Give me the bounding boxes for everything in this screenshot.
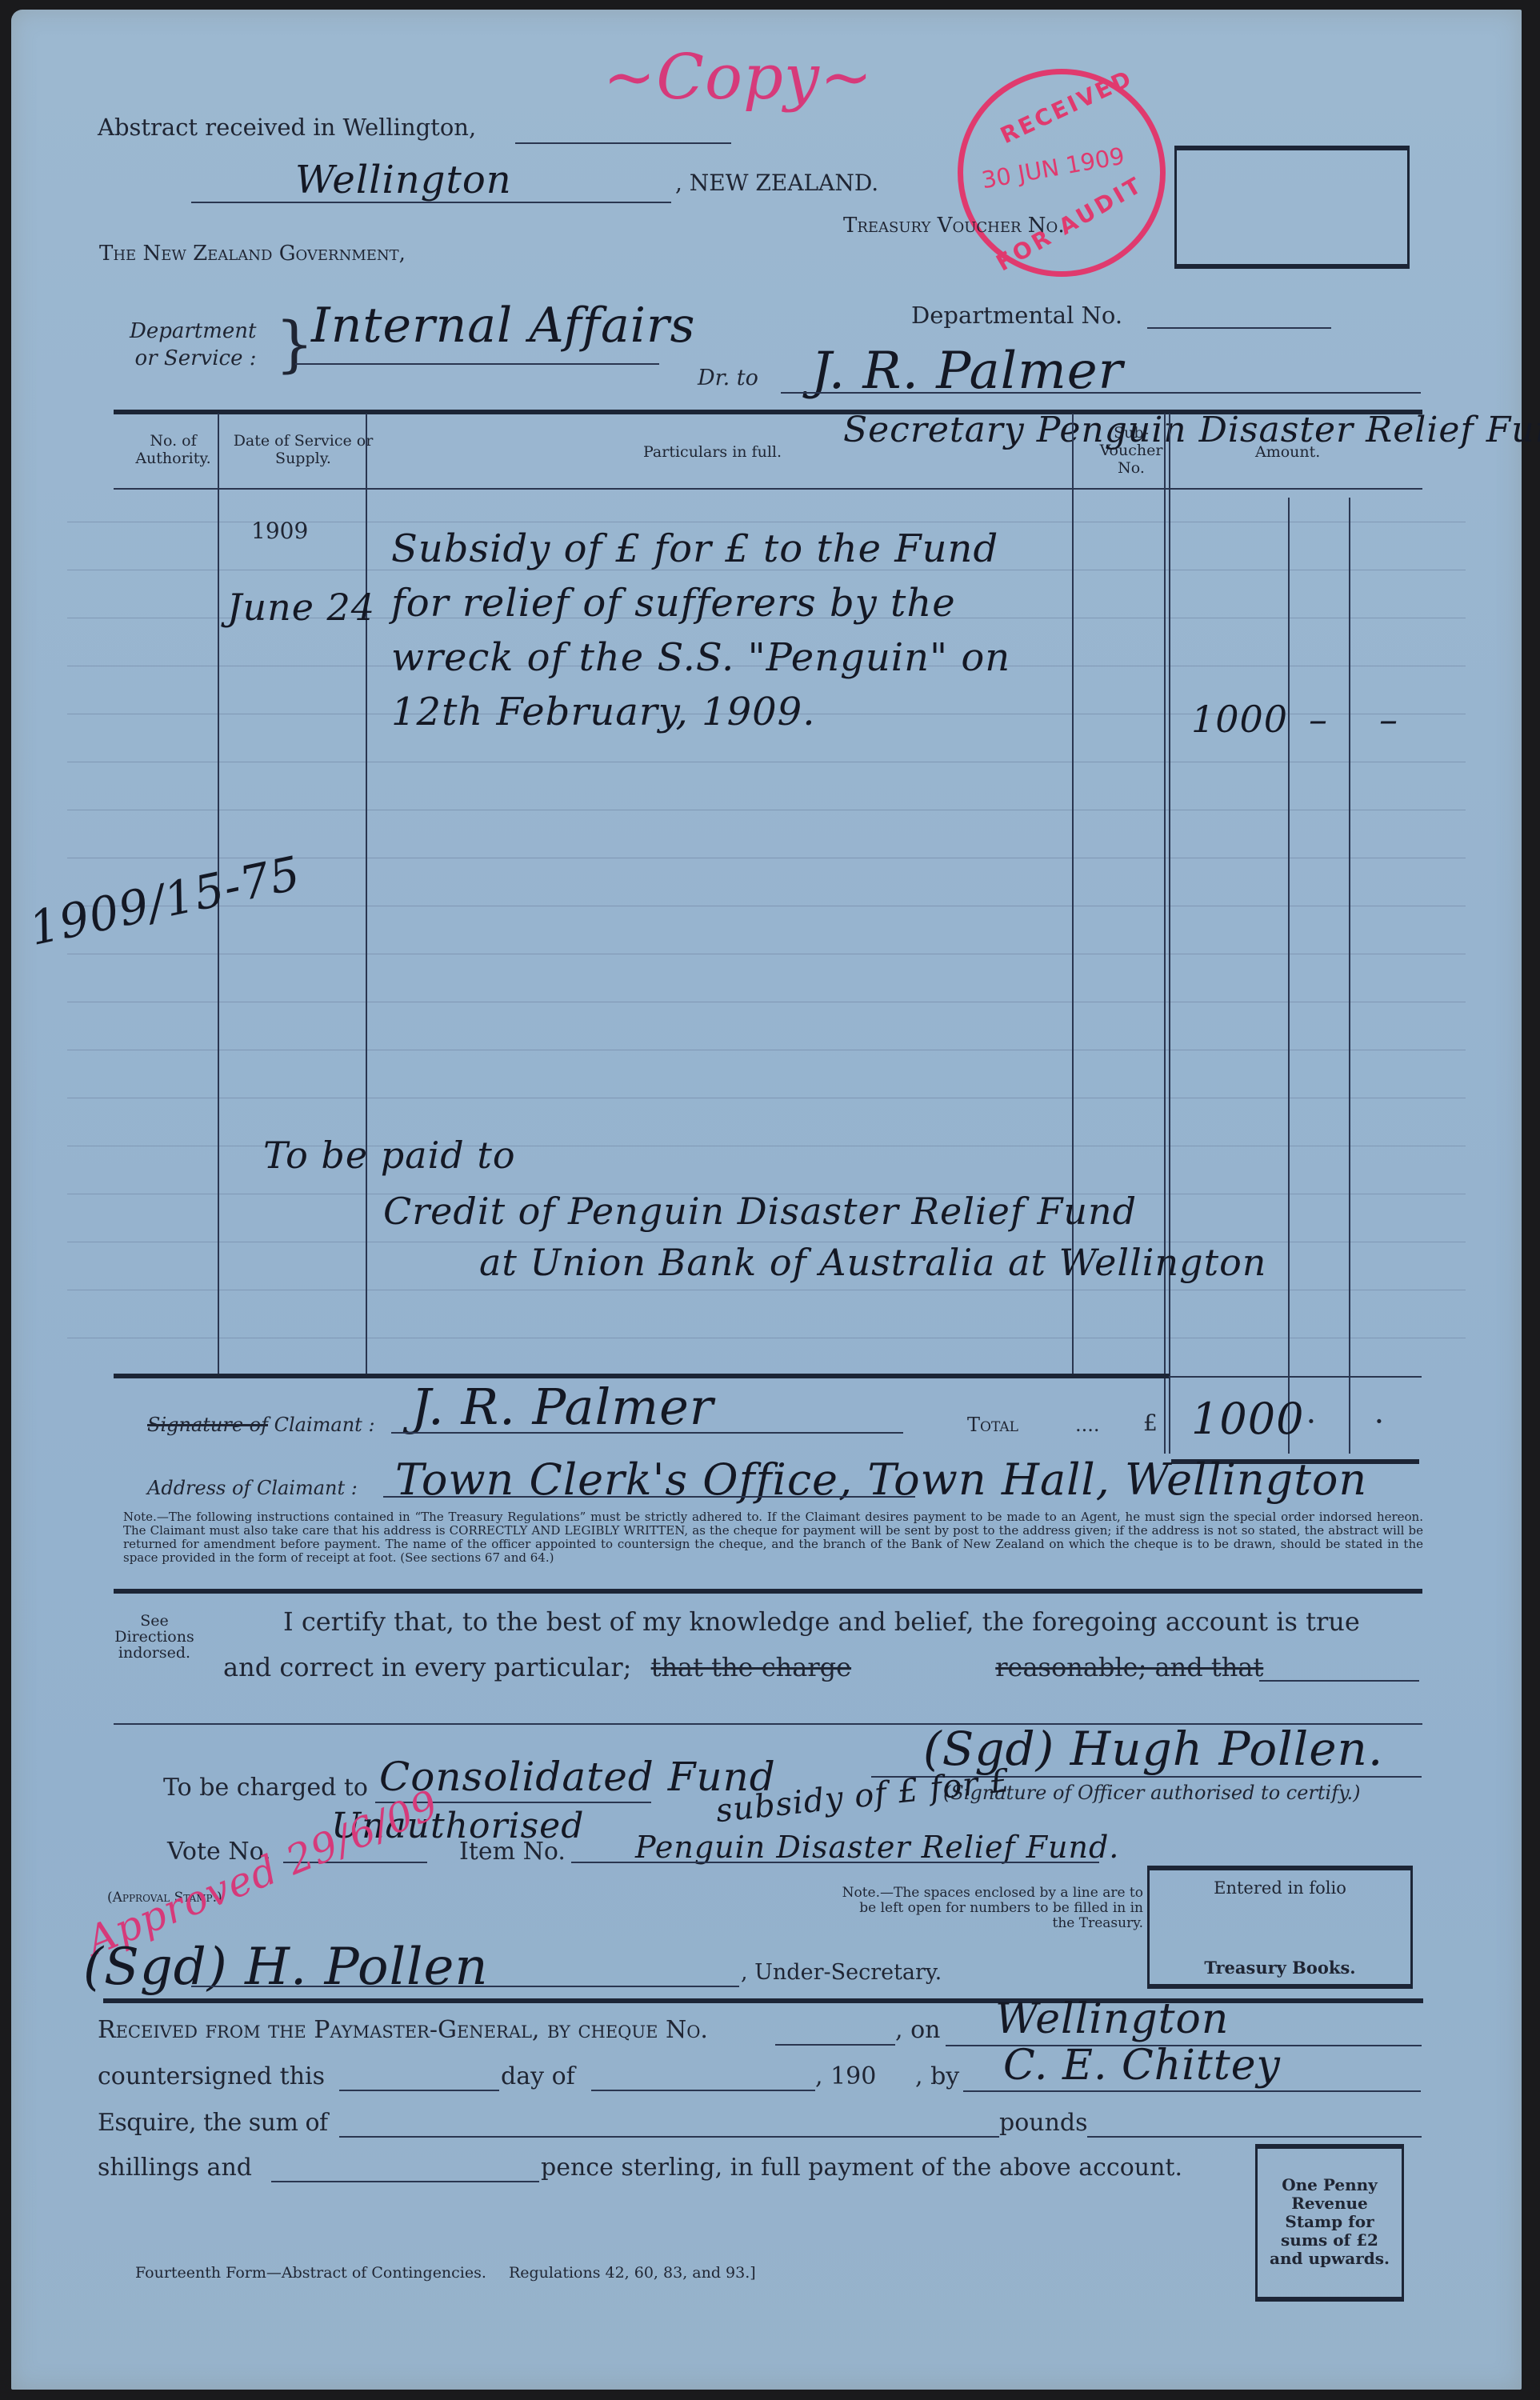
government-label: The New Zealand Government, — [99, 242, 406, 266]
particulars-line-2: for relief of sufferers by the — [391, 576, 1010, 630]
amount-shillings: – — [1309, 698, 1328, 741]
certify-line-2: and correct in every particular; that th… — [223, 1652, 1263, 1682]
day-of-label: day of — [501, 2062, 575, 2090]
sum-line[interactable] — [339, 2136, 999, 2138]
date-day: June 24 — [227, 586, 375, 629]
under-secretary-line — [191, 1986, 739, 1987]
month-line[interactable] — [591, 2090, 815, 2091]
place-line — [191, 202, 671, 203]
revenue-stamp-text: One Penny Revenue Stamp for sums of £2 a… — [1262, 2176, 1397, 2268]
received-label: Received from the Paymaster-General, by … — [98, 2016, 708, 2044]
claimant-signature-line — [391, 1432, 903, 1434]
address-line — [383, 1496, 915, 1498]
place-handwritten: Wellington — [295, 158, 512, 202]
treasury-voucher-box[interactable] — [1174, 146, 1410, 269]
charged-to-label: To be charged to — [163, 1774, 368, 1802]
folio-box[interactable]: Entered in folio Treasury Books. — [1147, 1866, 1413, 1989]
particulars-line-4: 12th February, 1909. — [391, 685, 1010, 739]
table-header-rule — [114, 488, 1422, 490]
pounds-line[interactable] — [1087, 2136, 1422, 2138]
payment-instruction: Credit of Penguin Disaster Relief Fund a… — [383, 1186, 1266, 1288]
see-directions-note: See Directions indorsed. — [110, 1613, 198, 1661]
payment-instruction-label: To be paid to — [263, 1134, 516, 1177]
particulars: Subsidy of £ for £ to the Fund for relie… — [391, 522, 1010, 739]
claimant-signature: J. R. Palmer — [411, 1378, 714, 1436]
department-value: Internal Affairs — [311, 298, 695, 354]
countersigned-label: countersigned this — [98, 2062, 325, 2090]
item-no-value: Penguin Disaster Relief Fund. — [635, 1830, 1119, 1865]
folio-box-bottom: Treasury Books. — [1150, 1958, 1410, 1978]
item-no-label: Item No. — [459, 1838, 566, 1866]
on-value: Wellington — [995, 1995, 1229, 2043]
on-label: , on — [895, 2016, 940, 2044]
col-divider-pence — [1349, 498, 1350, 1454]
revenue-stamp-box[interactable]: One Penny Revenue Stamp for sums of £2 a… — [1255, 2144, 1404, 2302]
departmental-no-line — [1147, 327, 1331, 329]
item-no-line — [571, 1862, 1099, 1863]
abstract-received-label: Abstract received in Wellington, — [98, 114, 476, 141]
amount-pounds: 1000 — [1191, 698, 1288, 741]
particulars-line-1: Subsidy of £ for £ to the Fund — [391, 522, 1010, 576]
cheque-no-line[interactable] — [775, 2044, 895, 2046]
note-bottom-rule — [114, 1589, 1422, 1594]
certify-line-2-prefix: and correct in every particular; — [223, 1652, 631, 1682]
stamp-date: 30 JUN 1909 — [979, 142, 1126, 194]
col-divider-4b — [1169, 414, 1170, 1454]
dr-to-label: Dr. to — [698, 366, 758, 390]
total-pounds: 1000 — [1191, 1394, 1304, 1444]
amount-pence: – — [1379, 698, 1398, 741]
folio-box-top: Entered in folio — [1150, 1878, 1410, 1898]
col-divider-4 — [1164, 414, 1166, 1454]
shillings-label: shillings and — [98, 2154, 252, 2182]
certify-line-1: I certify that, to the best of my knowle… — [283, 1606, 1360, 1637]
department-line — [295, 363, 659, 365]
treasury-voucher-label: Treasury Voucher No. — [843, 214, 1065, 238]
form-regulations: Regulations 42, 60, 83, and 93.] — [509, 2264, 756, 2282]
address-label: Address of Claimant : — [147, 1477, 358, 1499]
received-for-audit-stamp: RECEIVED 30 JUN 1909 FOR AUDIT — [958, 69, 1166, 277]
col-divider-shillings — [1288, 498, 1290, 1454]
currency-symbol: £ — [1143, 1410, 1158, 1436]
date-year: 1909 — [251, 518, 308, 544]
country-label: , NEW ZEALAND. — [675, 170, 878, 196]
certify-struck-a: that the charge — [651, 1652, 851, 1682]
certify-struck-b: reasonable; and that — [995, 1652, 1263, 1682]
by-label: , by — [915, 2062, 959, 2090]
payment-instruction-line-2: at Union Bank of Australia at Wellington — [383, 1237, 1266, 1288]
signature-label-struck: Signature of — [147, 1414, 268, 1436]
pounds-label: pounds — [999, 2109, 1088, 2137]
treasury-regulations-note: Note.—The following instructions contain… — [123, 1510, 1423, 1565]
received-label-text: Received from the Paymaster-General, by … — [98, 2016, 708, 2044]
abstract-received-line — [515, 142, 731, 144]
dr-to-line — [781, 392, 1421, 394]
by-value: C. E. Chittey — [1003, 2042, 1281, 2090]
department-label: Department or Service : — [130, 318, 257, 372]
certify-end-line — [1259, 1680, 1419, 1682]
col-divider-2 — [366, 414, 367, 1374]
amount-bottom-rule — [1169, 1376, 1422, 1378]
particulars-line-3: wreck of the S.S. "Penguin" on — [391, 630, 1010, 685]
voucher-form: Abstract received in Wellington, Welling… — [11, 10, 1522, 2390]
col-header-date: Date of Service or Supply. — [231, 432, 375, 467]
total-label: Total — [967, 1414, 1018, 1436]
spaces-note: Note.—The spaces enclosed by a line are … — [835, 1886, 1143, 1931]
col-header-authority: No. of Authority. — [119, 432, 227, 467]
claimant-label: Signature of Claimant : — [147, 1414, 375, 1436]
department-label-line1: Department — [130, 318, 257, 345]
pence-label: pence sterling, in full payment of the a… — [541, 2154, 1182, 2182]
margin-reference-note: 1909/15-75 — [25, 846, 306, 956]
under-secretary-signature: (Sgd) H. Pollen — [83, 1938, 489, 1997]
stamp-top-text: RECEIVED — [996, 65, 1137, 149]
esquire-label: Esquire, the sum of — [98, 2109, 328, 2137]
department-brace: } — [275, 314, 314, 374]
form-title: Fourteenth Form—Abstract of Contingencie… — [135, 2264, 486, 2282]
col-header-particulars: Particulars in full. — [643, 443, 782, 461]
total-shillings: · — [1307, 1408, 1315, 1434]
pence-line[interactable] — [271, 2181, 539, 2182]
under-secretary-label: , Under-Secretary. — [741, 1960, 942, 1985]
claimant-label-text: Claimant : — [274, 1414, 375, 1436]
total-dots: .... — [1075, 1414, 1100, 1436]
department-label-line2: or Service : — [130, 345, 257, 372]
copy-annotation: ~Copy~ — [603, 42, 873, 114]
day-line[interactable] — [339, 2090, 499, 2091]
dr-to-title: Secretary Penguin Disaster Relief Fund. — [843, 410, 1540, 450]
departmental-no-label: Departmental No. — [911, 302, 1122, 329]
form-footer: Fourteenth Form—Abstract of Contingencie… — [135, 2264, 756, 2282]
year-label: , 190 — [815, 2062, 876, 2090]
total-pence: · — [1375, 1408, 1383, 1434]
by-line — [963, 2090, 1421, 2092]
payment-instruction-line-1: Credit of Penguin Disaster Relief Fund — [383, 1186, 1266, 1237]
